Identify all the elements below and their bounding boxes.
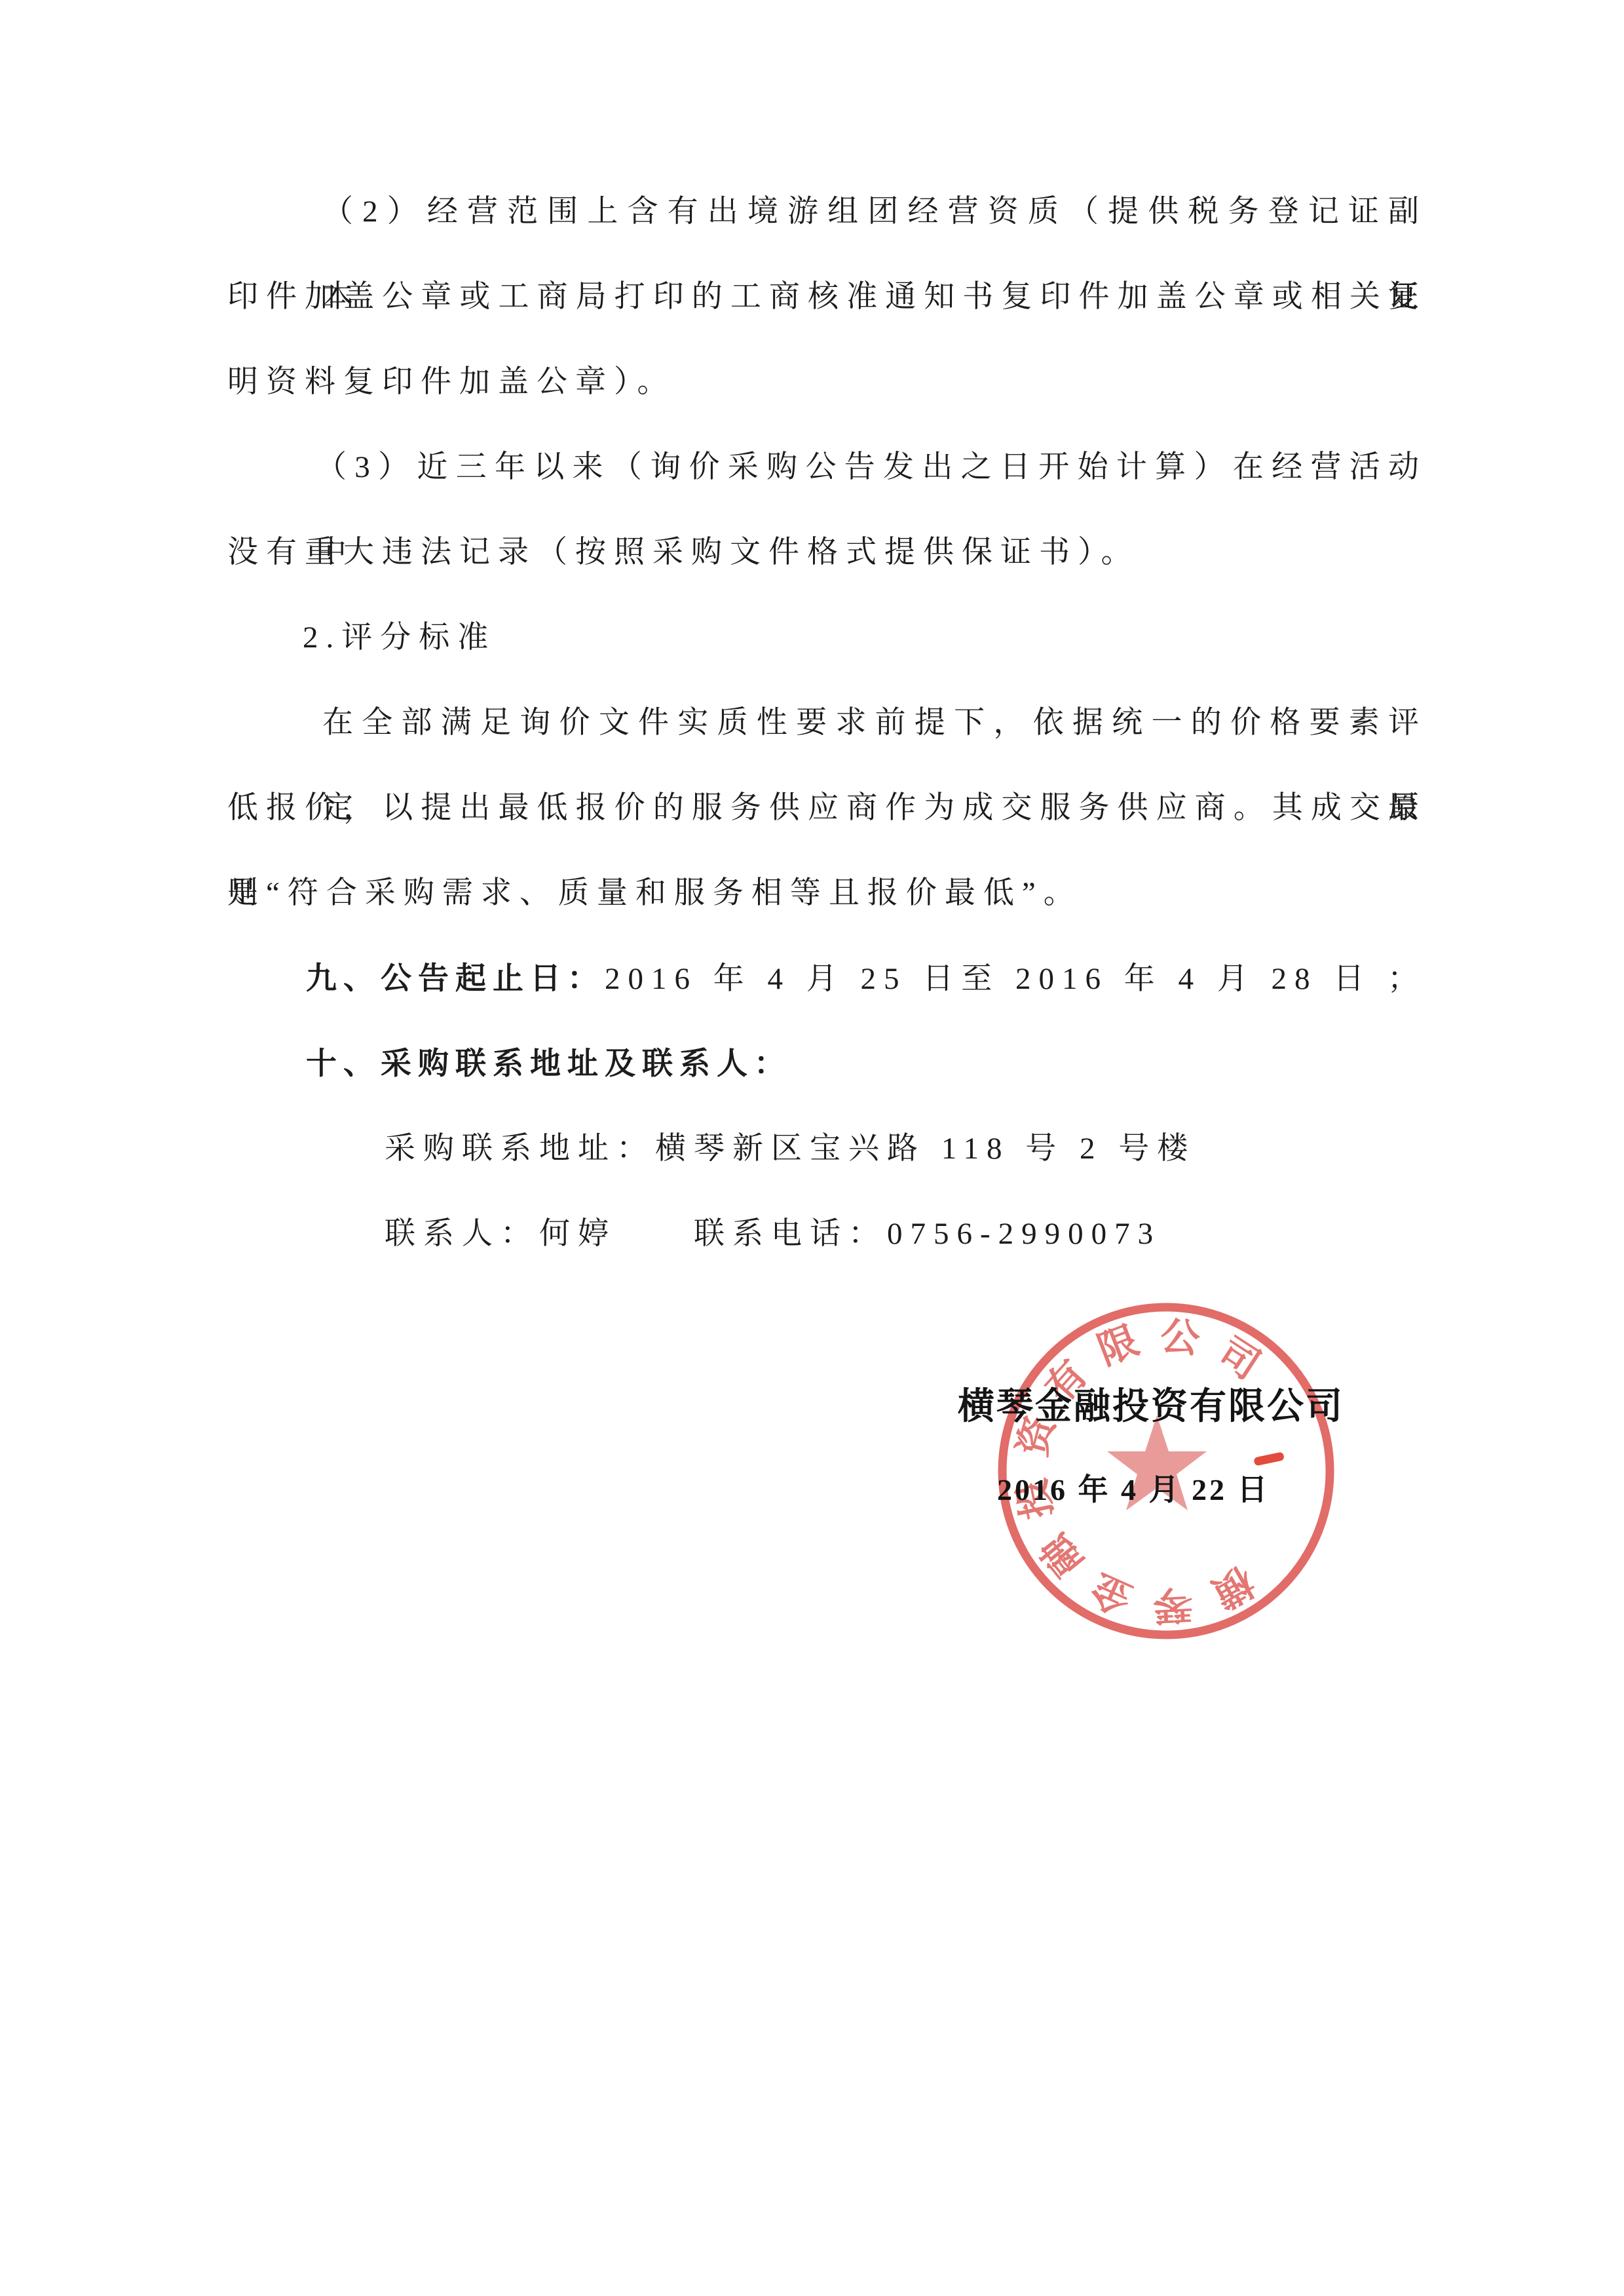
paragraph-2-line-3: 明资料复印件加盖公章）。: [227, 339, 1427, 425]
scoring-line-2: 低报价，以提出最低报价的服务供应商作为成交服务供应商。其成交原则: [227, 765, 1427, 851]
paragraph-2-line-2: 印件加盖公章或工商局打印的工商核准通知书复印件加盖公章或相关证: [227, 254, 1427, 339]
paragraph-3-line-1: （3）近三年以来（询价采购公告发出之日开始计算）在经营活动中: [227, 425, 1427, 510]
paragraph-2-line-1: （2）经营范围上含有出境游组团经营资质（提供税务登记证副本复: [227, 169, 1427, 254]
company-seal-stamp: 横 琴 金 融 投 资 有 限 公 司: [983, 1288, 1350, 1655]
seal-ring-char: 公: [1158, 1314, 1202, 1362]
announcement-period-line: 九、公告起止日：2016 年 4 月 25 日至 2016 年 4 月 28 日…: [227, 936, 1427, 1021]
document-page: （2）经营范围上含有出境游组团经营资质（提供税务登记证副本复 印件加盖公章或工商…: [0, 0, 1624, 2296]
body-text: （2）经营范围上含有出境游组团经营资质（提供税务登记证副本复 印件加盖公章或工商…: [227, 169, 1427, 1276]
scoring-criteria-heading: 2.评分标准: [227, 595, 1427, 680]
scoring-line-3: 是“符合采购需求、质量和服务相等且报价最低”。: [227, 851, 1427, 936]
contact-person: 联系人：何婷: [385, 1217, 616, 1251]
contact-line: 联系人：何婷联系电话：0756-2990073: [227, 1191, 1427, 1276]
announcement-period-heading: 九、公告起止日：: [306, 961, 605, 995]
procurement-address-line: 采购联系地址：横琴新区宝兴路 118 号 2 号楼: [227, 1106, 1427, 1191]
seal-ink-smudge: [1253, 1451, 1285, 1466]
scoring-line-1: 在全部满足询价文件实质性要求前提下，依据统一的价格要素评定最: [227, 680, 1427, 765]
contact-phone: 联系电话：0756-2990073: [694, 1217, 1161, 1251]
announcement-period-dates: 2016 年 4 月 25 日至 2016 年 4 月 28 日 ；: [605, 962, 1426, 996]
paragraph-3-line-2: 没有重大违法记录（按照采购文件格式提供保证书）。: [227, 510, 1427, 595]
signature-date: 2016 年 4 月 22 日: [997, 1473, 1270, 1507]
seal-ring-char: 琴: [1152, 1582, 1194, 1628]
signature-company-name: 横琴金融投资有限公司: [958, 1387, 1344, 1426]
contact-section-heading: 十、采购联系地址及联系人：: [227, 1021, 1427, 1106]
seal-ring-char: 限: [1092, 1318, 1144, 1373]
